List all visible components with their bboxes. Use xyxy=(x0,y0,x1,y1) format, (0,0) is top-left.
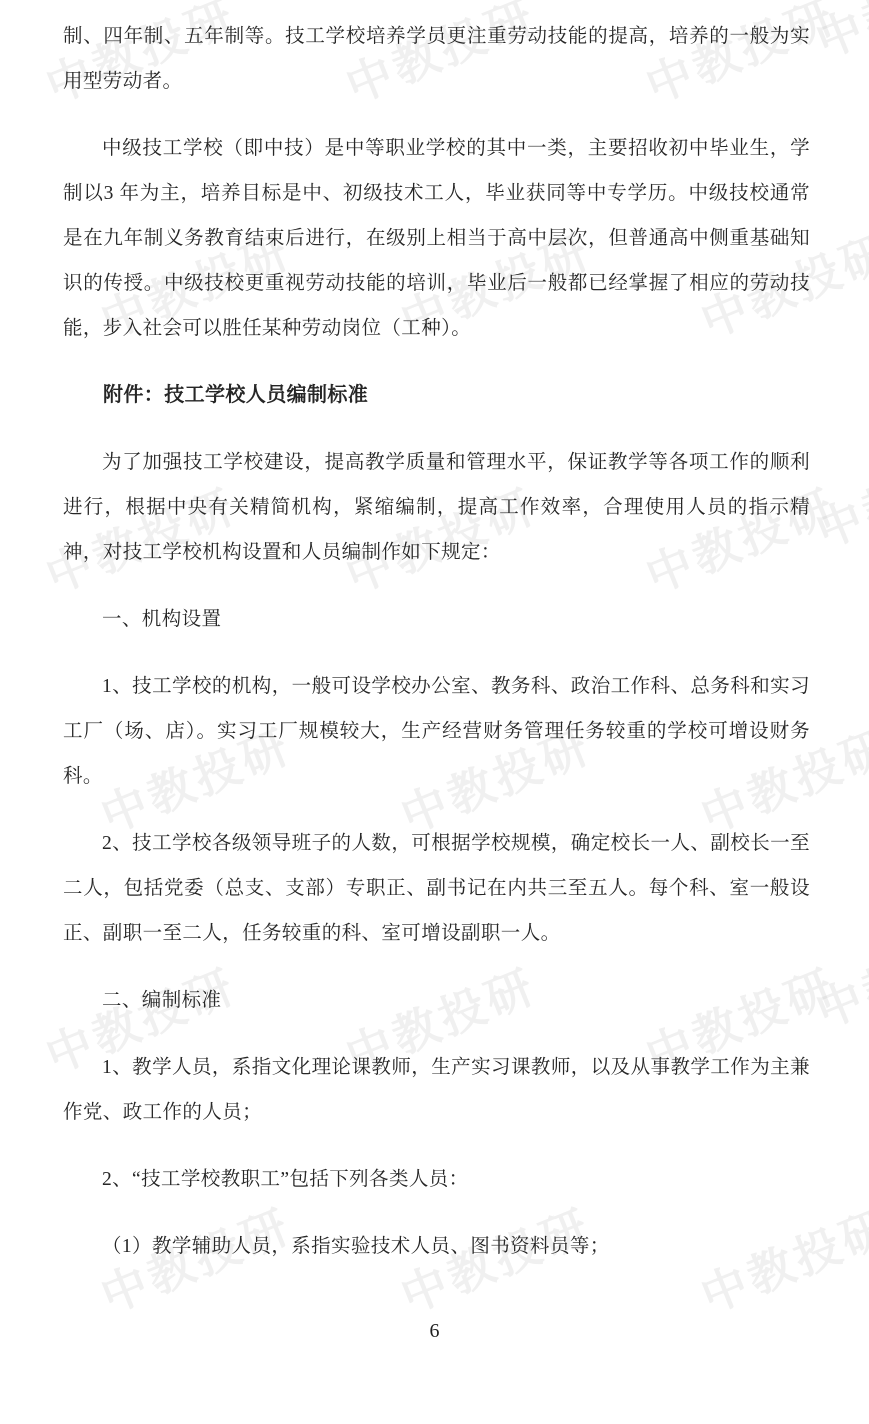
paragraph: 2、“技工学校教职工”包括下列各类人员： xyxy=(63,1157,810,1202)
paragraph: 中级技工学校（即中技）是中等职业学校的其中一类，主要招收初中毕业生，学制以3 年… xyxy=(63,126,810,351)
paragraph: 1、技工学校的机构，一般可设学校办公室、教务科、政治工作科、总务科和实习工厂（场… xyxy=(63,664,810,799)
page-number: 6 xyxy=(0,1320,869,1343)
paragraph: 制、四年制、五年制等。技工学校培养学员更注重劳动技能的提高，培养的一般为实用型劳… xyxy=(63,14,810,104)
paragraph: 为了加强技工学校建设，提高教学质量和管理水平，保证教学等各项工作的顺利进行，根据… xyxy=(63,440,810,575)
document-page: 中教投研中教投研中教投研中教投研中教投研中教投研中教投研中教投研中教投研中教投研… xyxy=(0,0,869,1424)
paragraph: 二、编制标准 xyxy=(63,978,810,1023)
paragraph: 一、机构设置 xyxy=(63,597,810,642)
watermark-text: 中教投研 xyxy=(805,0,869,71)
watermark-text: 中教投研 xyxy=(805,425,869,561)
paragraph: 2、技工学校各级领导班子的人数，可根据学校规模，确定校长一人、副校长一至二人，包… xyxy=(63,821,810,956)
attachment-heading: 附件：技工学校人员编制标准 xyxy=(63,373,810,418)
watermark-text: 中教投研 xyxy=(805,905,869,1041)
paragraph: 1、教学人员，系指文化理论课教师，生产实习课教师，以及从事教学工作为主兼作党、政… xyxy=(63,1045,810,1135)
paragraph: （1）教学辅助人员，系指实验技术人员、图书资料员等； xyxy=(63,1224,810,1269)
document-body: 制、四年制、五年制等。技工学校培养学员更注重劳动技能的提高，培养的一般为实用型劳… xyxy=(63,14,810,1291)
